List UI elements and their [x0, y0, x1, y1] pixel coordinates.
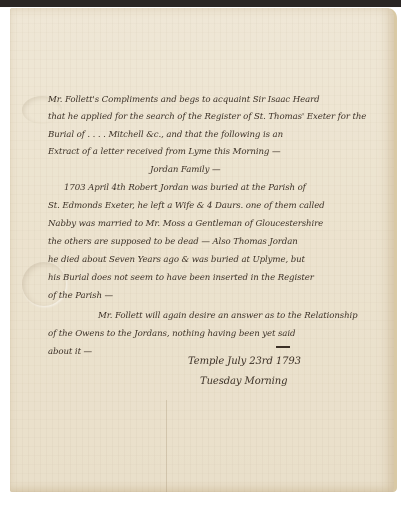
letter-line-13: Mr. Follett will again desire an answer …	[98, 312, 358, 321]
top-dark-strip	[0, 0, 401, 7]
letter-line-4: Extract of a letter received from Lyme t…	[48, 148, 280, 157]
letter-line-7: St. Edmonds Exeter, he left a Wife & 4 D…	[48, 202, 325, 211]
paper-fold-line	[166, 400, 167, 492]
letter-line-1: Mr. Follett's Compliments and begs to ac…	[48, 96, 320, 105]
letter-line-10: he died about Seven Years ago & was buri…	[48, 256, 305, 265]
signoff-day: Tuesday Morning	[200, 377, 287, 387]
ink-mark	[276, 346, 290, 348]
letter-line-8: Nabby was married to Mr. Moss a Gentlema…	[48, 220, 323, 229]
section-heading: Jordan Family —	[150, 166, 220, 175]
letter-line-12: of the Parish —	[48, 292, 113, 301]
letter-line-15: about it —	[48, 348, 92, 357]
letter-line-11: his Burial does not seem to have been in…	[48, 274, 314, 283]
letter-line-2: that he applied for the search of the Re…	[48, 113, 366, 122]
letter-line-14: of the Owens to the Jordans, nothing hav…	[48, 330, 295, 339]
letter-line-6: 1703 April 4th Robert Jordan was buried …	[64, 184, 306, 193]
letter-line-3: Burial of . . . . Mitchell &c., and that…	[48, 131, 283, 140]
letter-paper	[10, 8, 397, 492]
letter-line-9: the others are supposed to be dead — Als…	[48, 238, 298, 247]
signoff-place-date: Temple July 23rd 1793	[188, 357, 301, 367]
